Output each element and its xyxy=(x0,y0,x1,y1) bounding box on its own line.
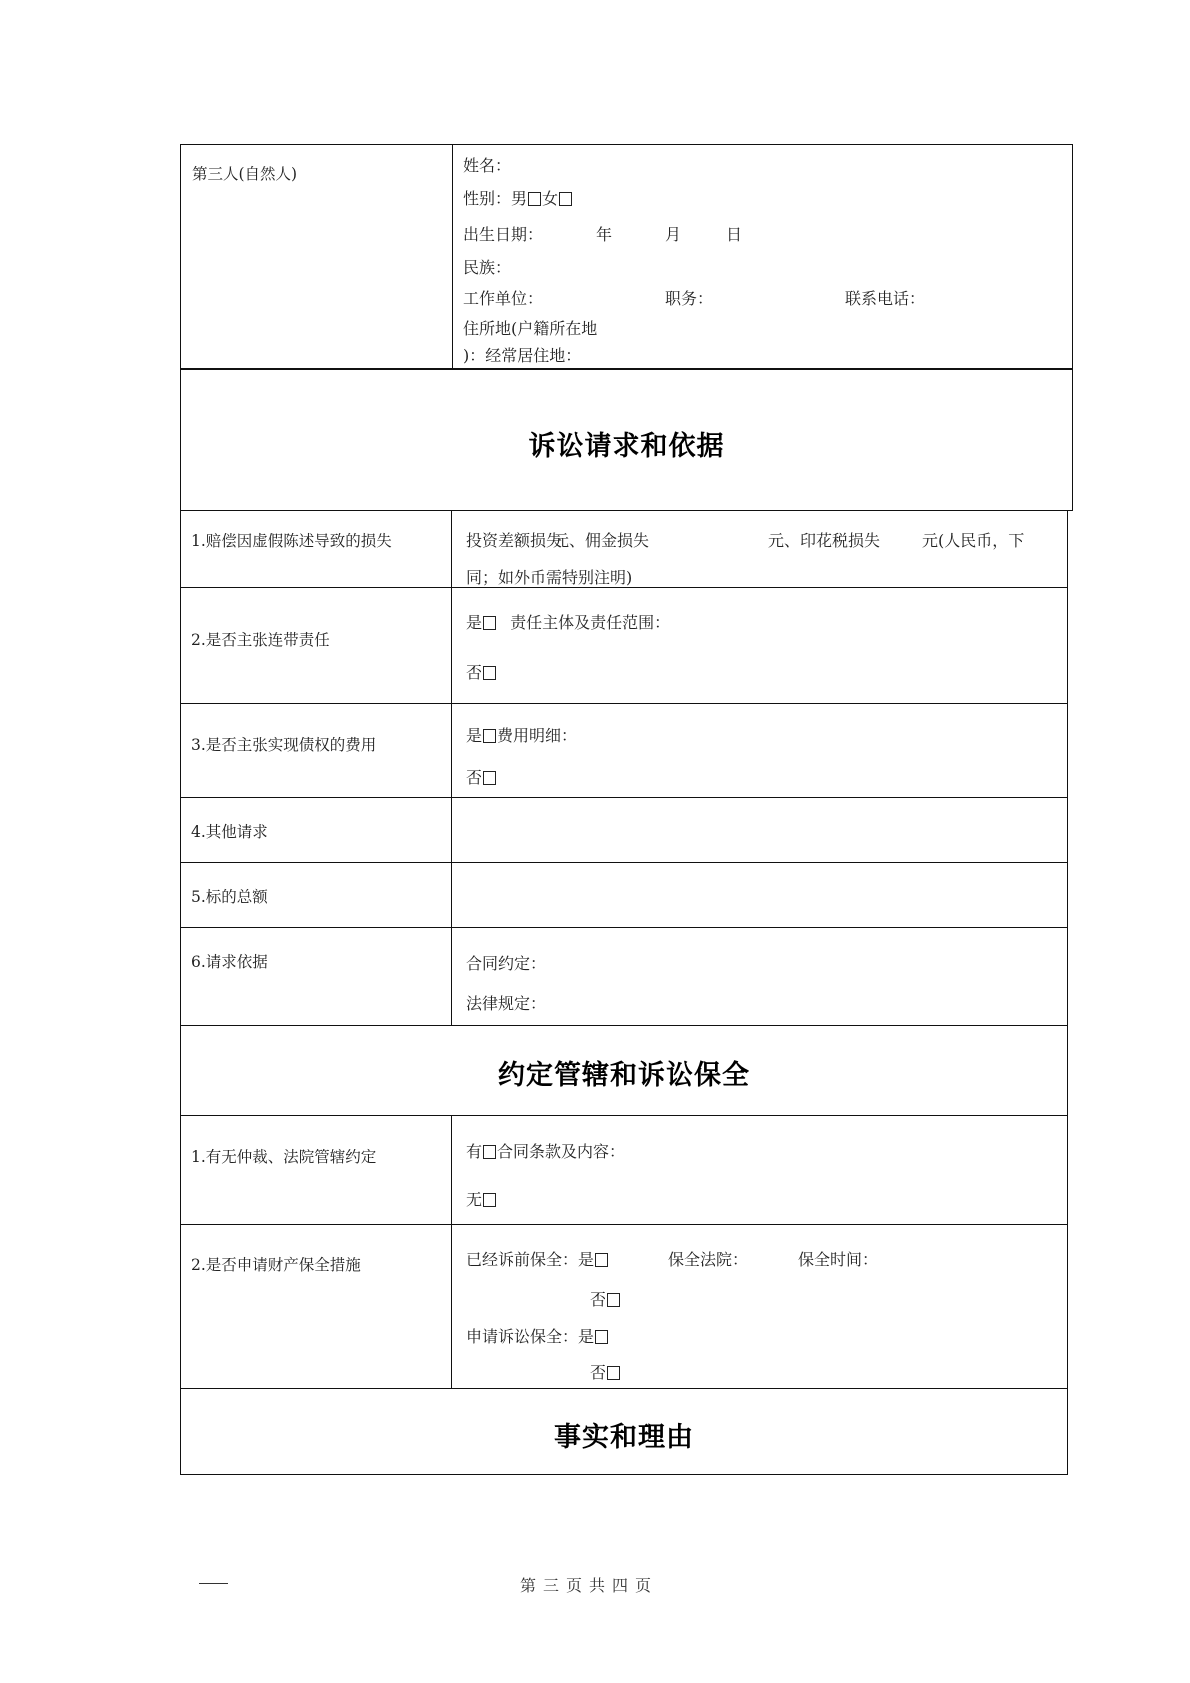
ethnicity-field[interactable]: 民族： xyxy=(463,259,511,277)
costs-yes-label: 是 xyxy=(466,726,482,745)
jurisdiction-column-divider xyxy=(451,1115,452,1388)
claim-5-label: 5.标的总额 xyxy=(191,888,268,906)
pre-suit-no-option: 否 xyxy=(590,1291,621,1309)
commission-loss-field[interactable]: 元、佣金损失 xyxy=(553,532,649,550)
currency-note-line2: 同；如外币需特别注明) xyxy=(466,569,632,587)
birth-date-field[interactable]: 出生日期： xyxy=(463,226,543,244)
costs-yes-option: 是费用明细： xyxy=(466,727,577,745)
phone-label: 联系电话： xyxy=(845,289,925,308)
row-divider xyxy=(180,1224,1068,1225)
row-divider xyxy=(180,1025,1068,1026)
claims-section-header: 诉讼请求和依据 xyxy=(180,368,1073,511)
litigation-yes-label: 是 xyxy=(578,1327,594,1346)
employer-field[interactable]: 工作单位： xyxy=(463,290,543,308)
row-divider xyxy=(180,1115,1068,1116)
form-page: 第三人(自然人) 姓名： 性别：男女 出生日期： 年 月 日 民族： 工作单位：… xyxy=(0,0,1190,1683)
month-label: 月 xyxy=(665,226,681,244)
litigation-preservation-option: 申请诉讼保全：是 xyxy=(466,1328,609,1346)
preservation-court-field[interactable]: 保全法院： xyxy=(668,1251,748,1269)
other-claims-field[interactable] xyxy=(466,816,1056,852)
domicile-label-line1: 住所地(户籍所在地 xyxy=(463,320,597,338)
gender-male-label: 男 xyxy=(511,189,527,208)
third-party-row xyxy=(180,144,1073,370)
row-divider xyxy=(180,797,1068,798)
page-indicator: 第三页共四页 xyxy=(520,1573,658,1596)
claim-1-label: 1.赔偿因虚假陈述导致的损失 xyxy=(191,532,392,550)
row-divider xyxy=(180,703,1068,704)
pre-suit-yes-label: 是 xyxy=(578,1250,594,1269)
joint-liability-no-label: 否 xyxy=(466,663,482,682)
position-label: 职务： xyxy=(665,289,713,308)
row-divider xyxy=(180,1388,1068,1389)
domicile-label-line2[interactable]: )：经常居住地： xyxy=(463,347,581,365)
claim-2-label: 2.是否主张连带责任 xyxy=(191,631,330,649)
preservation-time-field[interactable]: 保全时间： xyxy=(798,1251,878,1269)
investment-loss-field[interactable]: 投资差额损失 xyxy=(466,532,562,550)
jurisdiction-section-title: 约定管辖和诉讼保全 xyxy=(180,1053,1068,1092)
jurisdiction-yes-option: 有合同条款及内容： xyxy=(466,1143,625,1161)
joint-liability-yes-option: 是 责任主体及责任范围： xyxy=(466,614,670,632)
joint-liability-no-option: 否 xyxy=(466,664,497,682)
jurisdiction-no-label: 无 xyxy=(466,1190,482,1209)
claim-3-label: 3.是否主张实现债权的费用 xyxy=(191,736,376,754)
joint-liability-detail-label[interactable]: 责任主体及责任范围： xyxy=(510,613,670,632)
claims-section-title: 诉讼请求和依据 xyxy=(181,424,1072,463)
row-divider xyxy=(180,927,1068,928)
jurisdiction-yes-label: 有 xyxy=(466,1142,482,1161)
footer-dash xyxy=(199,1583,228,1584)
name-field[interactable]: 姓名： xyxy=(463,157,511,175)
gender-female-checkbox[interactable] xyxy=(559,192,572,206)
gender-label: 性别： xyxy=(463,189,511,208)
litigation-no-checkbox[interactable] xyxy=(607,1366,620,1380)
joint-liability-no-checkbox[interactable] xyxy=(483,666,496,680)
litigation-no-option: 否 xyxy=(590,1364,621,1382)
preservation-label: 2.是否申请财产保全措施 xyxy=(191,1256,361,1274)
jurisdiction-no-checkbox[interactable] xyxy=(483,1193,496,1207)
joint-liability-yes-label: 是 xyxy=(466,613,482,632)
gender-female-label: 女 xyxy=(542,189,558,208)
pre-suit-preservation-label: 已经诉前保全： xyxy=(466,1250,578,1269)
costs-no-label: 否 xyxy=(466,768,482,787)
litigation-yes-checkbox[interactable] xyxy=(595,1330,608,1344)
legal-basis-field[interactable]: 法律规定： xyxy=(466,995,546,1013)
pre-suit-preservation-option: 已经诉前保全：是 xyxy=(466,1251,609,1269)
position-field[interactable]: 职务： xyxy=(665,290,713,308)
row-divider xyxy=(180,862,1068,863)
costs-detail-label[interactable]: 费用明细： xyxy=(497,726,577,745)
costs-no-checkbox[interactable] xyxy=(483,771,496,785)
claim-6-label: 6.请求依据 xyxy=(191,953,268,971)
ethnicity-label: 民族： xyxy=(463,258,511,277)
stamp-tax-loss-field[interactable]: 元、印花税损失 xyxy=(768,532,880,550)
employer-label: 工作单位： xyxy=(463,289,543,308)
costs-no-option: 否 xyxy=(466,769,497,787)
claims-table xyxy=(180,510,1068,1475)
pre-suit-yes-checkbox[interactable] xyxy=(595,1253,608,1267)
total-amount-field[interactable] xyxy=(466,880,1056,916)
litigation-no-label: 否 xyxy=(590,1363,606,1382)
joint-liability-yes-checkbox[interactable] xyxy=(483,616,496,630)
contract-basis-field[interactable]: 合同约定： xyxy=(466,955,546,973)
gender-field: 性别：男女 xyxy=(463,190,573,208)
jurisdiction-detail-label[interactable]: 合同条款及内容： xyxy=(497,1142,625,1161)
claim-4-label: 4.其他请求 xyxy=(191,823,268,841)
day-label: 日 xyxy=(726,226,742,244)
jurisdiction-yes-checkbox[interactable] xyxy=(483,1145,496,1159)
jurisdiction-1-label: 1.有无仲裁、法院管辖约定 xyxy=(191,1148,376,1166)
jurisdiction-no-option: 无 xyxy=(466,1191,497,1209)
pre-suit-no-label: 否 xyxy=(590,1290,606,1309)
facts-section-title: 事实和理由 xyxy=(180,1415,1068,1454)
row-divider xyxy=(180,587,1068,588)
gender-male-checkbox[interactable] xyxy=(528,192,541,206)
costs-yes-checkbox[interactable] xyxy=(483,729,496,743)
year-label: 年 xyxy=(596,226,612,244)
currency-note-line1: 元(人民币，下 xyxy=(922,532,1024,550)
third-party-divider xyxy=(452,144,453,370)
third-party-label: 第三人(自然人) xyxy=(192,165,297,183)
birth-date-label: 出生日期： xyxy=(463,225,543,244)
name-label: 姓名： xyxy=(463,156,511,175)
litigation-preservation-label: 申请诉讼保全： xyxy=(466,1327,578,1346)
phone-field[interactable]: 联系电话： xyxy=(845,290,925,308)
pre-suit-no-checkbox[interactable] xyxy=(607,1293,620,1307)
